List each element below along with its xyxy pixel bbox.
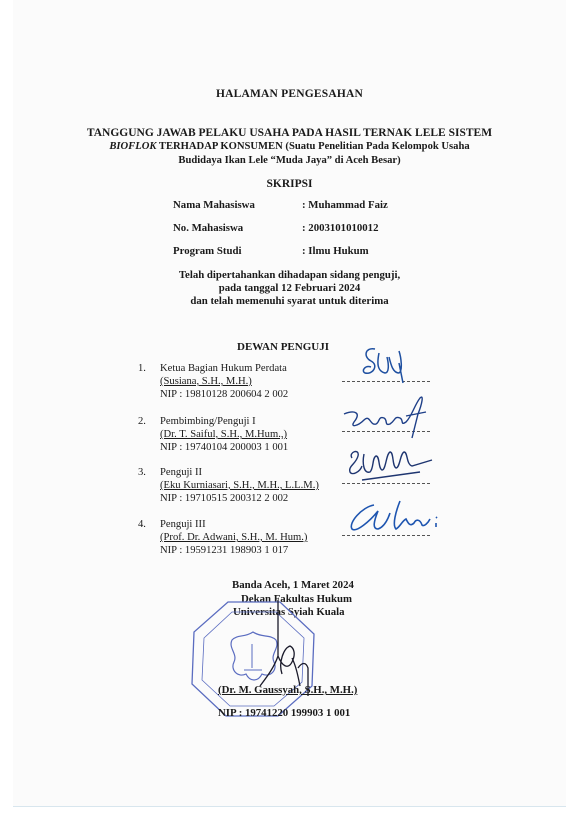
thesis-title-line-3: Budidaya Ikan Lele “Muda Jaya” di Aceh B… — [0, 155, 579, 166]
defense-line-1: Telah dipertahankan dihadapan sidang pen… — [0, 269, 579, 281]
signature-examiner-2 — [340, 392, 440, 442]
examiner-3-role: Penguji II — [160, 467, 202, 478]
examiner-2-role: Pembimbing/Penguji I — [160, 416, 256, 427]
examiner-4-role: Penguji III — [160, 519, 206, 530]
signature-examiner-1 — [355, 343, 415, 385]
defense-line-2: pada tanggal 12 Februari 2024 — [0, 282, 579, 294]
examiner-2-name: (Dr. T. Saiful, S.H., M.Hum.,) — [160, 429, 287, 440]
examiner-4-name: (Prof. Dr. Adwani, S.H., M. Hum.) — [160, 532, 307, 543]
student-name-value: : Muhammad Faiz — [302, 199, 388, 211]
examiner-4-nip: NIP : 19591231 198903 1 017 — [160, 545, 288, 556]
thesis-title-line-1: TANGGUNG JAWAB PELAKU USAHA PADA HASIL T… — [0, 127, 579, 139]
examiner-2-nip: NIP : 19740104 200003 1 001 — [160, 442, 288, 453]
examiner-4-number: 4. — [138, 519, 146, 530]
board-title: DEWAN PENGUJI — [237, 341, 329, 353]
dean-name: (Dr. M. Gaussyah, S.H., M.H.) — [218, 684, 357, 696]
thesis-title-line-2: BIOFLOK TERHADAP KONSUMEN (Suatu Penelit… — [0, 141, 579, 152]
study-program-value: : Ilmu Hukum — [302, 245, 369, 257]
defense-line-3: dan telah memenuhi syarat untuk diterima — [0, 295, 579, 307]
signing-place-date: Banda Aceh, 1 Maret 2024 — [232, 579, 354, 591]
page-heading: HALAMAN PENGESAHAN — [0, 88, 579, 100]
examiner-1-number: 1. — [138, 363, 146, 374]
examiner-2-number: 2. — [138, 416, 146, 427]
student-number-label: No. Mahasiswa — [173, 222, 243, 234]
student-number-value: : 2003101010012 — [302, 222, 378, 234]
signature-examiner-4 — [344, 497, 444, 537]
examiner-1-role: Ketua Bagian Hukum Perdata — [160, 363, 287, 374]
examiner-3-nip: NIP : 19710515 200312 2 002 — [160, 493, 288, 504]
document-type: SKRIPSI — [0, 178, 579, 190]
thesis-title-line-2-rest: TERHADAP KONSUMEN (Suatu Penelitian Pada… — [156, 141, 469, 152]
student-name-label: Nama Mahasiswa — [173, 199, 255, 211]
study-program-label: Program Studi — [173, 245, 241, 257]
signature-examiner-3 — [342, 444, 442, 488]
thesis-title-italic: BIOFLOK — [109, 141, 156, 152]
examiner-3-name: (Eku Kurniasari, S.H., M.H., L.L.M.) — [160, 480, 319, 491]
dean-nip: NIP : 19741220 199903 1 001 — [218, 707, 350, 719]
examiner-1-name: (Susiana, S.H., M.H.) — [160, 376, 252, 387]
examiner-1-nip: NIP : 19810128 200604 2 002 — [160, 389, 288, 400]
examiner-3-number: 3. — [138, 467, 146, 478]
